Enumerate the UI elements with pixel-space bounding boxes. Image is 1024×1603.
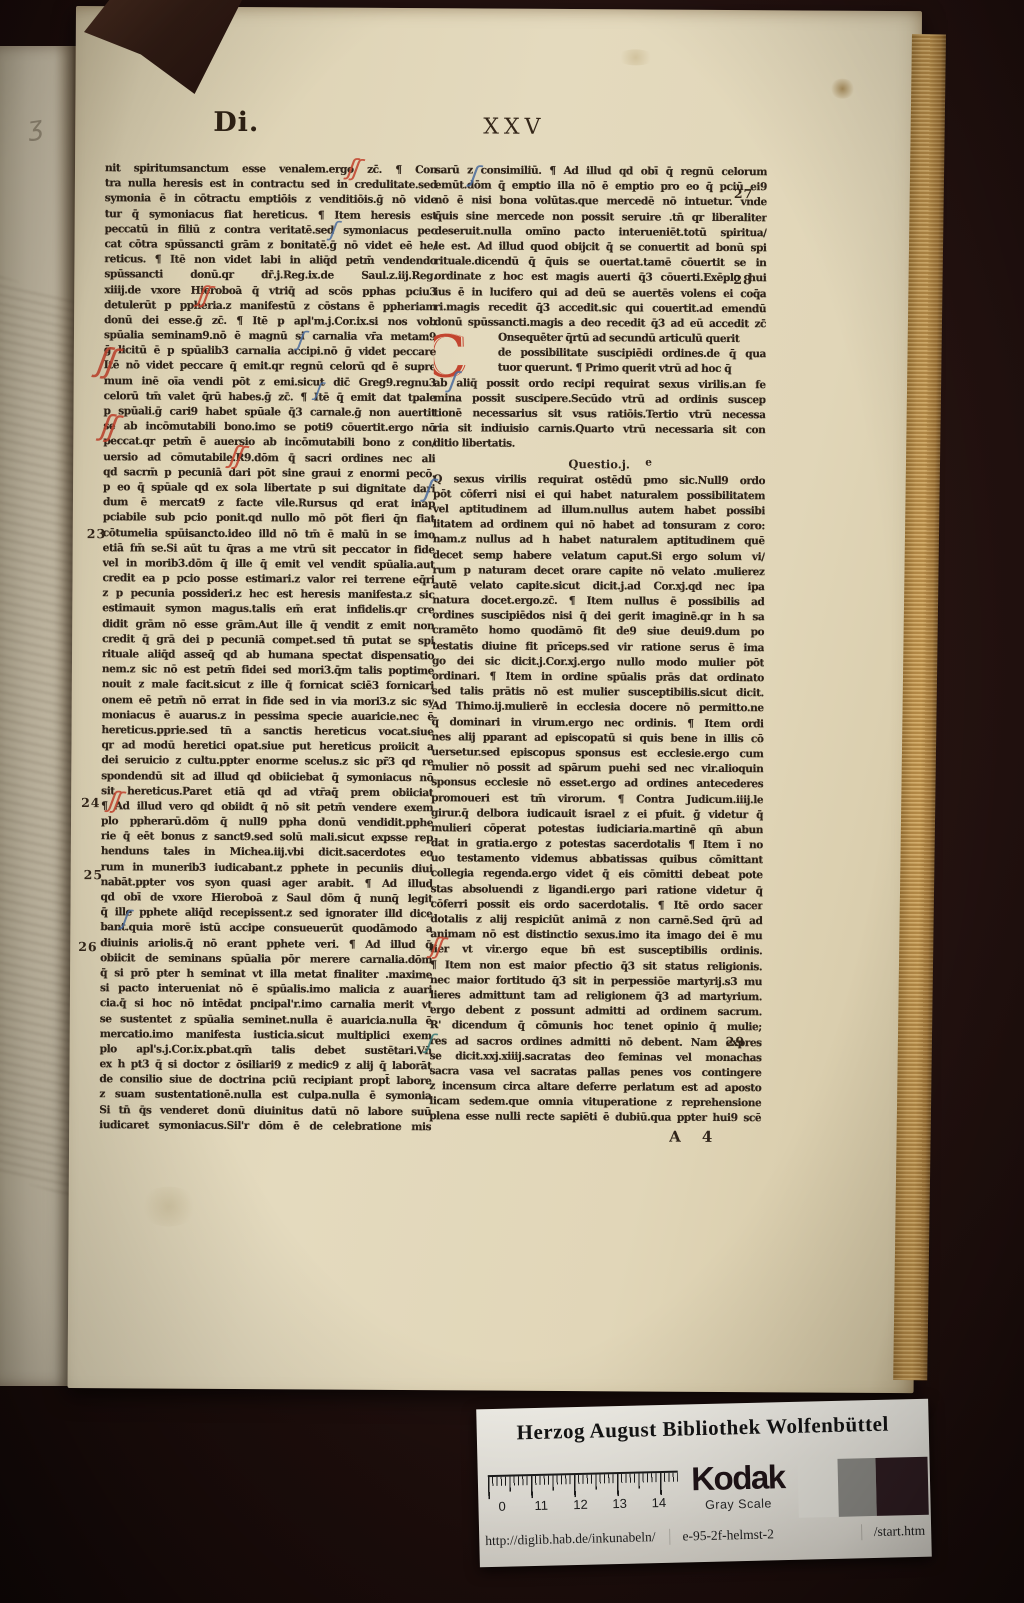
gray-scale-patch: [837, 1458, 876, 1517]
gray-scale-patch: [797, 1459, 838, 1518]
text-line: q̄uis sine mercede non possit seruire .t…: [435, 209, 767, 226]
text-line: symonia ē in cōtractu emptiōis z venditi…: [105, 192, 437, 209]
text-line: spūssancti donū.qr dr̄.j.Reg.ix.de Saul.…: [104, 267, 436, 284]
text-line: dei seruicio z cultu.ppter enorme scelus…: [101, 753, 433, 770]
text-line: cōtumelia spūisancto.ideo illd nō tm̄ ē …: [103, 526, 435, 543]
text-line: testatis diuine fit prīceps.sed vir rati…: [432, 639, 764, 656]
text-line: q̄ dominari in virum.ergo nec ordinis. ¶…: [432, 715, 764, 732]
text-line: bant.quia morē istū accipe consueuerūt q…: [100, 921, 432, 938]
margin-article-number: 25: [84, 867, 103, 882]
running-title: Di.: [213, 107, 259, 138]
margin-article-number: 27: [734, 186, 753, 201]
text-line: Si tn̄ q̄s venderet donū diuinitus datū …: [99, 1103, 431, 1120]
shelfmark: e-95-2f-helmst-2: [669, 1526, 774, 1544]
library-label-strip: Herzog August Bibliothek Wolfenbüttel 01…: [476, 1399, 932, 1568]
text-line: nō ē nisi bona volūtas.que mercedē nō in…: [435, 194, 767, 211]
text-line: se sustentet z spūalia seminet.nulla ē a…: [100, 1012, 432, 1029]
text-line: cia.q̄ si hoc nō intēdat pncipal'r.imo c…: [100, 996, 432, 1013]
text-line: Q sexus virilis requirat ostēdū pmo sic.…: [433, 472, 765, 489]
text-line: mum inē oīa vendi pōt z emi.sicut dic̄ G…: [104, 374, 436, 391]
ruler-number: 13: [600, 1496, 640, 1512]
ruler-numbers: 011121314: [482, 1495, 678, 1515]
text-line: cramēto homo quodāmō fit de9 siue deui9.…: [432, 624, 764, 641]
text-line: plena esse nulli recte sapiēti ē dubiū.q…: [429, 1110, 761, 1127]
text-line: spondendū sit ad illud qd obiiciebat q̄ …: [101, 769, 433, 786]
text-line: iudicaret symoniacus.Sil'r dōm ē de cele…: [99, 1118, 431, 1135]
ruler-number: 0: [482, 1498, 522, 1514]
margin-article-number: 24: [81, 795, 100, 810]
ruler-number: 14: [639, 1495, 679, 1511]
gray-scale-label: Gray Scale: [676, 1496, 800, 1513]
text-line: rum in munerib3 iudicabant.z pphete in p…: [101, 860, 433, 877]
text-line: uersio ad cōmutabile.R9.dōm q̄ sacri ord…: [103, 450, 435, 467]
text-line: xiiij.de vxore Hieroboā q̄ vtriq̄ ad scō…: [104, 283, 436, 300]
digitization-url: http://diglib.hab.de/inkunabeln/: [485, 1529, 656, 1549]
text-line: stas absoluendi z ligandi.ergo pari rati…: [431, 882, 763, 899]
page-stain: [829, 79, 855, 99]
ruler-number: 12: [561, 1496, 601, 1512]
ruler: 011121314: [488, 1471, 679, 1514]
rubric-initial: C: [429, 325, 497, 389]
margin-article-number: 28: [733, 272, 752, 287]
text-line: promoueri est tm̄ virorum. ¶ Contra Judi…: [431, 791, 763, 808]
text-line: Itē nō videt peccare q̄ emit.qr regnū ce…: [104, 359, 436, 376]
text-line: didit grām nō esse grām.Aut ille q̄ vend…: [102, 617, 434, 634]
text-line: estimauit symon magus.talis em̄ erat inf…: [102, 602, 434, 619]
text-line: peccat.qr petm̄ ē auersio ab incōmutabil…: [103, 435, 435, 452]
text-line: ¶ Item non est maior pfectio q̄3 sit sta…: [430, 958, 762, 975]
kodak-wordmark: Kodak: [676, 1460, 801, 1497]
quire-signature: A 4: [669, 1128, 712, 1146]
text-line: henduns tales in Michea.iij.vbi dicit.sa…: [101, 845, 433, 862]
page-stain: [616, 49, 656, 65]
margin-article-number: 23: [87, 526, 106, 541]
text-line: tur q̄ symoniacus fiat hereticus. ¶ Item…: [105, 207, 437, 224]
text-line: z suam sustentationē.nulla est culpa.nul…: [99, 1088, 431, 1105]
questio-side-letter: e: [645, 456, 652, 468]
right-column-paragraph-3: Q sexus virilis requirat ostēdū pmo sic.…: [429, 472, 765, 1127]
text-line: nouit z male facit.sicut z ille q̄ forni…: [102, 678, 434, 695]
gray-scale-patches: [797, 1457, 928, 1518]
gray-scale-patch: [875, 1457, 928, 1516]
facing-page-edge: ʒ: [0, 46, 78, 1386]
text-line: collegia regenda.ergo videt q̄ eis cōmit…: [431, 867, 763, 884]
kodak-gray-scale: Kodak Gray Scale: [676, 1460, 801, 1513]
right-text-column: sarū z consimiliū. ¶ Ad illud qd obī q̄ …: [429, 163, 767, 1150]
margin-article-number: 26: [78, 939, 97, 954]
folio-number: XXV: [483, 114, 545, 139]
text-line: nam.z nullus ad h habet naturalem aptitu…: [433, 533, 765, 550]
book-photograph: ʒ Di. XXV nit spiritumsanctum esse venal…: [0, 0, 1024, 1603]
text-line: diuinis ariolis.q̄ nō erant pphete veri.…: [100, 936, 432, 953]
questio-heading: Questio.j.: [568, 457, 630, 471]
text-line: onem eē petm̄ nō errat in fide sed in vi…: [102, 693, 434, 710]
right-column-paragraph-1: sarū z consimiliū. ¶ Ad illud qd obī q̄ …: [434, 163, 767, 332]
page-stain: [139, 1186, 199, 1226]
text-line: ordinate z hoc est magis auerti q̄3 cōue…: [434, 270, 766, 287]
text-line: res ad sacros ordines admitti nō debent.…: [430, 1034, 762, 1051]
questio-heading-row: Questio.j. e: [433, 455, 765, 474]
library-title: Herzog August Bibliothek Wolfenbüttel: [476, 1411, 928, 1447]
text-line: pciabile sub pcio ponit.qd nullo mō pōt …: [103, 510, 435, 527]
facing-page-hand-mark: ʒ: [26, 111, 45, 143]
text-line: ditio libertatis.: [433, 437, 765, 454]
text-line: R' dicendum q̄ cōmunis hoc tenet opinio …: [430, 1018, 762, 1035]
text-line: Ad Thimo.ij.mulierē in ecclesia docere n…: [432, 700, 764, 717]
text-line: decet semp habere velatum caput.Si ergo …: [433, 548, 765, 565]
url-row: http://diglib.hab.de/inkunabeln/ e-95-2f…: [485, 1523, 925, 1549]
margin-article-number: 29: [726, 1034, 745, 1049]
incunabula-page: Di. XXV nit spiritumsanctum esse venalem…: [68, 6, 922, 1393]
start-page-path: /start.htm: [861, 1523, 926, 1541]
ruler-number: 11: [522, 1497, 562, 1513]
text-line: sponsus ecclesie nō esset.ergo ad ordine…: [431, 775, 763, 792]
text-line: lier vt vir.ergo eque bn̄ est susceptibi…: [430, 943, 762, 960]
left-column-lines: nit spiritumsanctum esse venalem.ergo zc…: [99, 161, 437, 1135]
facing-page-ghost-text: [0, 275, 74, 1198]
text-line: ius ē in lucifero qui ad deū se auertēs …: [434, 285, 766, 302]
left-text-column: nit spiritumsanctum esse venalem.ergo zc…: [99, 161, 437, 1148]
